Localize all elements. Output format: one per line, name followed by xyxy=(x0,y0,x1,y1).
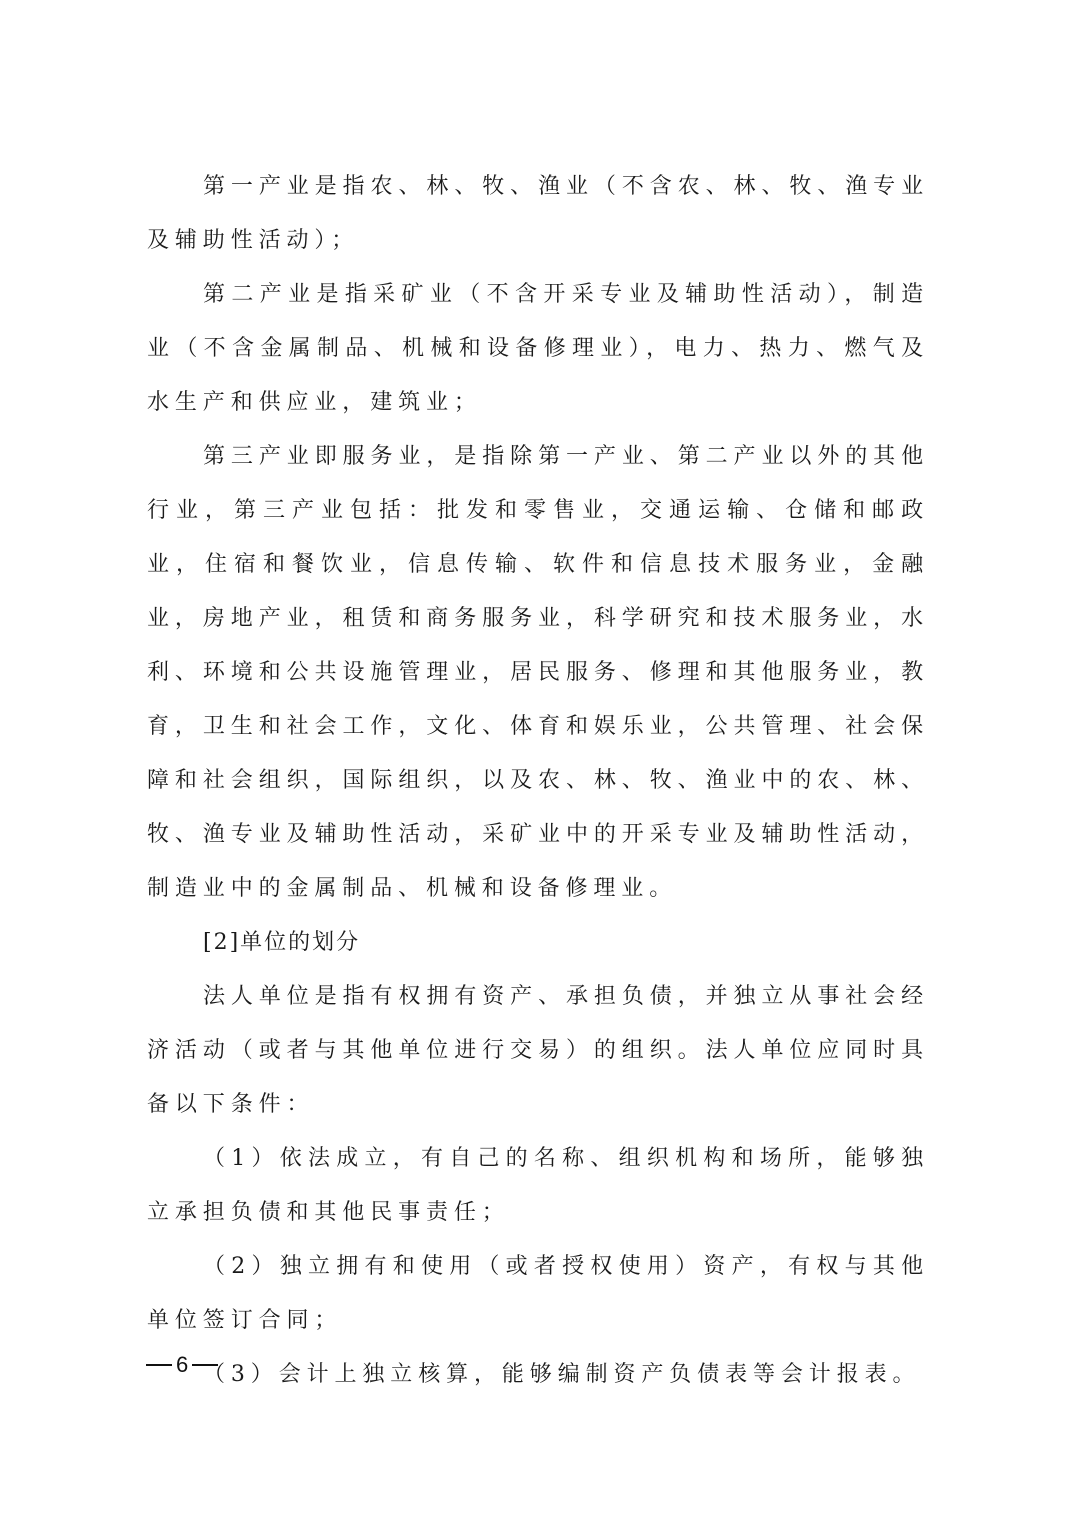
right-dash-decoration xyxy=(192,1364,218,1366)
list-item-condition-1: （1）依法成立，有自己的名称、组织机构和场所，能够独立承担负债和其他民事责任； xyxy=(147,1132,929,1240)
paragraph-legal-entity-definition: 法人单位是指有权拥有资产、承担负债，并独立从事社会经济活动（或者与其他单位进行交… xyxy=(147,970,929,1132)
page-number-footer: 6 xyxy=(146,1352,218,1378)
left-dash-decoration xyxy=(146,1364,172,1366)
paragraph-tertiary-industry: 第三产业即服务业，是指除第一产业、第二产业以外的其他行业，第三产业包括：批发和零… xyxy=(147,430,929,916)
section-heading-unit-division: [2]单位的划分 xyxy=(147,916,929,970)
paragraph-secondary-industry: 第二产业是指采矿业（不含开采专业及辅助性活动），制造业（不含金属制品、机械和设备… xyxy=(147,268,929,430)
page-number: 6 xyxy=(176,1352,188,1378)
list-item-condition-2: （2）独立拥有和使用（或者授权使用）资产，有权与其他单位签订合同； xyxy=(147,1240,929,1348)
list-item-condition-3: （3）会计上独立核算，能够编制资产负债表等会计报表。 xyxy=(147,1348,929,1402)
document-page: 第一产业是指农、林、牧、渔业（不含农、林、牧、渔专业及辅助性活动）； 第二产业是… xyxy=(147,160,929,1402)
paragraph-primary-industry: 第一产业是指农、林、牧、渔业（不含农、林、牧、渔专业及辅助性活动）； xyxy=(147,160,929,268)
